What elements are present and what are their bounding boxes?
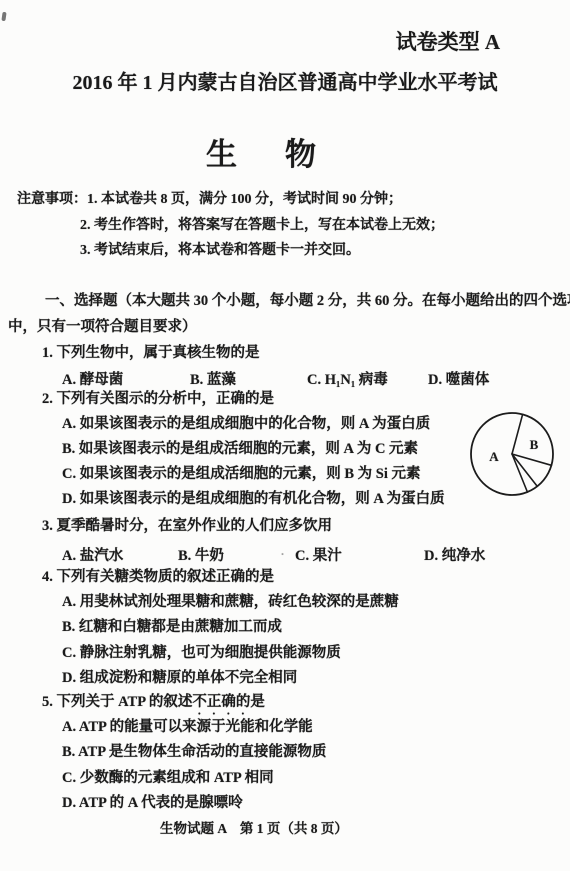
q4-option-c: C. 静脉注射乳糖，也可为细胞提供能源物质	[62, 645, 341, 662]
page-footer: 生物试题 A 第 1 页（共 8 页）	[0, 821, 508, 837]
subject-char-first: 生	[206, 137, 237, 172]
q5-stem-pre: 5. 下列关于 ATP 的叙述	[42, 694, 192, 710]
q4-option-a: A. 用斐林试剂处理果糖和蔗糖，砖红色较深的是蔗糖	[62, 594, 399, 611]
notice-text-1: 1. 本试卷共 8 页，满分 100 分，考试时间 90 分钟；	[87, 192, 402, 207]
question-1-stem: 1. 下列生物中，属于真核生物的是	[42, 345, 260, 362]
question-2-stem: 2. 下列有关图示的分析中，正确的是	[42, 391, 274, 408]
q5-stem-post: 是	[250, 694, 265, 710]
question-4-stem: 4. 下列有关糖类物质的叙述正确的是	[42, 569, 274, 586]
question-5-stem: 5. 下列关于 ATP 的叙述不正确的是	[42, 694, 265, 718]
q3-option-a: A. 盐汽水	[62, 544, 123, 565]
pie-chart-svg: A B	[469, 410, 559, 500]
q2-option-a: A. 如果该图表示的是组成细胞中的化合物，则 A 为蛋白质	[62, 416, 430, 433]
composition-pie-chart: A B	[469, 410, 559, 500]
q5-option-d: D. ATP 的 A 代表的是腺嘌呤	[62, 795, 243, 812]
q2-option-d: D. 如果该图表示的是组成细胞的有机化合物，则 A 为蛋白质	[62, 491, 445, 508]
pie-slice-boundary-line	[512, 454, 527, 492]
section-header-line-1: 一、选择题（本大题共 30 个小题，每小题 2 分，共 60 分。在每小题给出的…	[45, 293, 570, 310]
q2-option-b: B. 如果该图表示的是组成活细胞的元素，则 A 为 C 元素	[62, 441, 418, 458]
question-1-options: A. 酵母菌 B. 蓝藻 C. H₁N₁ 病毒 D. 噬菌体	[0, 368, 570, 388]
exam-session-title: 2016 年 1 月内蒙古自治区普通高中学业水平考试	[0, 72, 570, 95]
subject-char-second: 物	[285, 137, 316, 172]
q1-option-b: B. 蓝藻	[190, 368, 236, 389]
subject-title: 生物	[0, 137, 522, 173]
q3-option-b: B. 牛奶	[178, 544, 224, 565]
section-header-line-2: 中，只有一项符合题目要求）	[8, 319, 197, 336]
notice-line-2: 2. 考生作答时，将答案写在答题卡上，写在本试卷上无效；	[80, 218, 444, 234]
pie-slice-boundary-line	[512, 414, 523, 454]
stray-dot-artifact: .	[281, 544, 284, 559]
notice-label: 注意事项：	[17, 192, 87, 207]
scan-smudge-artifact	[1, 12, 6, 21]
pie-label-a: A	[489, 449, 499, 464]
q1-option-a: A. 酵母菌	[62, 368, 123, 389]
q4-option-d: D. 组成淀粉和糖原的单体不完全相同	[62, 670, 297, 687]
q1-option-c: C. H₁N₁ 病毒	[307, 368, 388, 389]
q3-option-c: C. 果汁	[295, 544, 342, 565]
question-3-options: A. 盐汽水 B. 牛奶 . C. 果汁 D. 纯净水	[0, 544, 570, 564]
notice-line-1: 注意事项：1. 本试卷共 8 页，满分 100 分，考试时间 90 分钟；	[17, 192, 402, 208]
q5-option-a: A. ATP 的能量可以来源于光能和化学能	[62, 719, 313, 736]
q2-option-c: C. 如果该图表示的是组成活细胞的元素，则 B 为 Si 元素	[62, 466, 420, 483]
scanned-exam-page: 试卷类型 A 2016 年 1 月内蒙古自治区普通高中学业水平考试 生物 注意事…	[0, 0, 570, 871]
q5-option-b: B. ATP 是生物体生命活动的直接能源物质	[62, 744, 326, 761]
q4-option-b: B. 红糖和白糖都是由蔗糖加工而成	[62, 619, 282, 636]
pie-label-b: B	[530, 437, 539, 452]
pie-slice-boundary-line	[512, 454, 537, 486]
exam-type-label: 试卷类型 A	[396, 30, 500, 54]
q3-option-d: D. 纯净水	[424, 544, 485, 565]
notice-line-3: 3. 考试结束后，将本试卷和答题卡一并交回。	[80, 243, 360, 259]
q5-stem-emphasized: 不正确的	[192, 694, 250, 710]
pie-slice-boundary-line	[512, 454, 551, 465]
question-3-stem: 3. 夏季酷暑时分，在室外作业的人们应多饮用	[42, 518, 332, 535]
q5-option-c: C. 少数酶的元素组成和 ATP 相同	[62, 770, 274, 787]
q1-option-d: D. 噬菌体	[428, 368, 489, 389]
